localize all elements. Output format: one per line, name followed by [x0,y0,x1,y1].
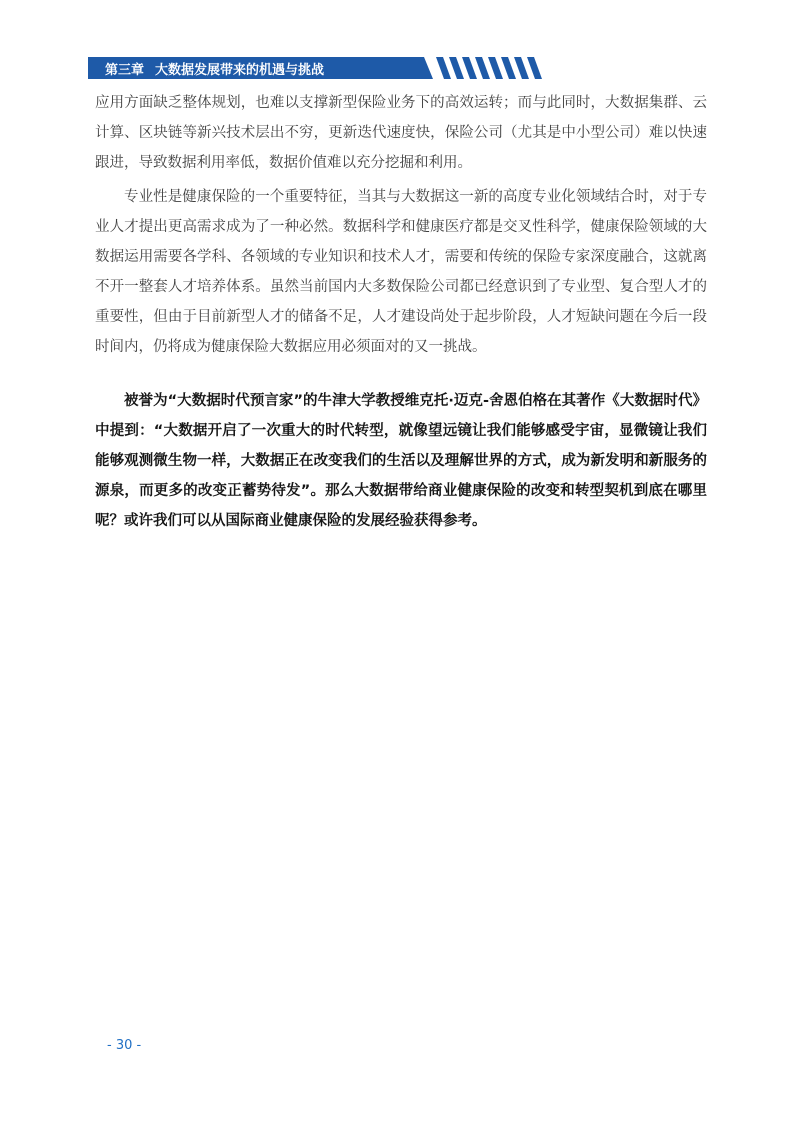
document-page: 第三章 大数据发展带来的机遇与挑战 应用方面缺乏整体规划，也难以支撑新型保险业务… [0,0,793,1122]
header-stripes [440,57,538,79]
paragraph-bigdata-quote: 被誉为“大数据时代预言家”的牛津大学教授维克托·迈克-舍恩伯格在其著作《大数据时… [95,386,707,536]
paragraph-talent-challenge: 专业性是健康保险的一个重要特征，当其与大数据这一新的高度专业化领域结合时，对于专… [95,182,707,362]
header-stripe [488,57,503,79]
header-stripe [449,57,464,79]
header-stripe [527,57,542,79]
header-stripe [514,57,529,79]
paragraph-technology-challenge: 应用方面缺乏整体规划，也难以支撑新型保险业务下的高效运转；而与此同时，大数据集群… [95,88,707,178]
header-stripe [501,57,516,79]
chapter-title: 大数据发展带来的机遇与挑战 [155,59,324,78]
body-text-block: 应用方面缺乏整体规划，也难以支撑新型保险业务下的高效运转；而与此同时，大数据集群… [95,88,707,536]
header-stripe [436,57,451,79]
chapter-header-title-bar: 第三章 大数据发展带来的机遇与挑战 [88,57,433,79]
chapter-number: 第三章 [105,59,144,78]
header-stripe [462,57,477,79]
chapter-header-bar: 第三章 大数据发展带来的机遇与挑战 [88,57,538,79]
header-stripe [475,57,490,79]
page-number: - 30 - [107,1038,141,1053]
